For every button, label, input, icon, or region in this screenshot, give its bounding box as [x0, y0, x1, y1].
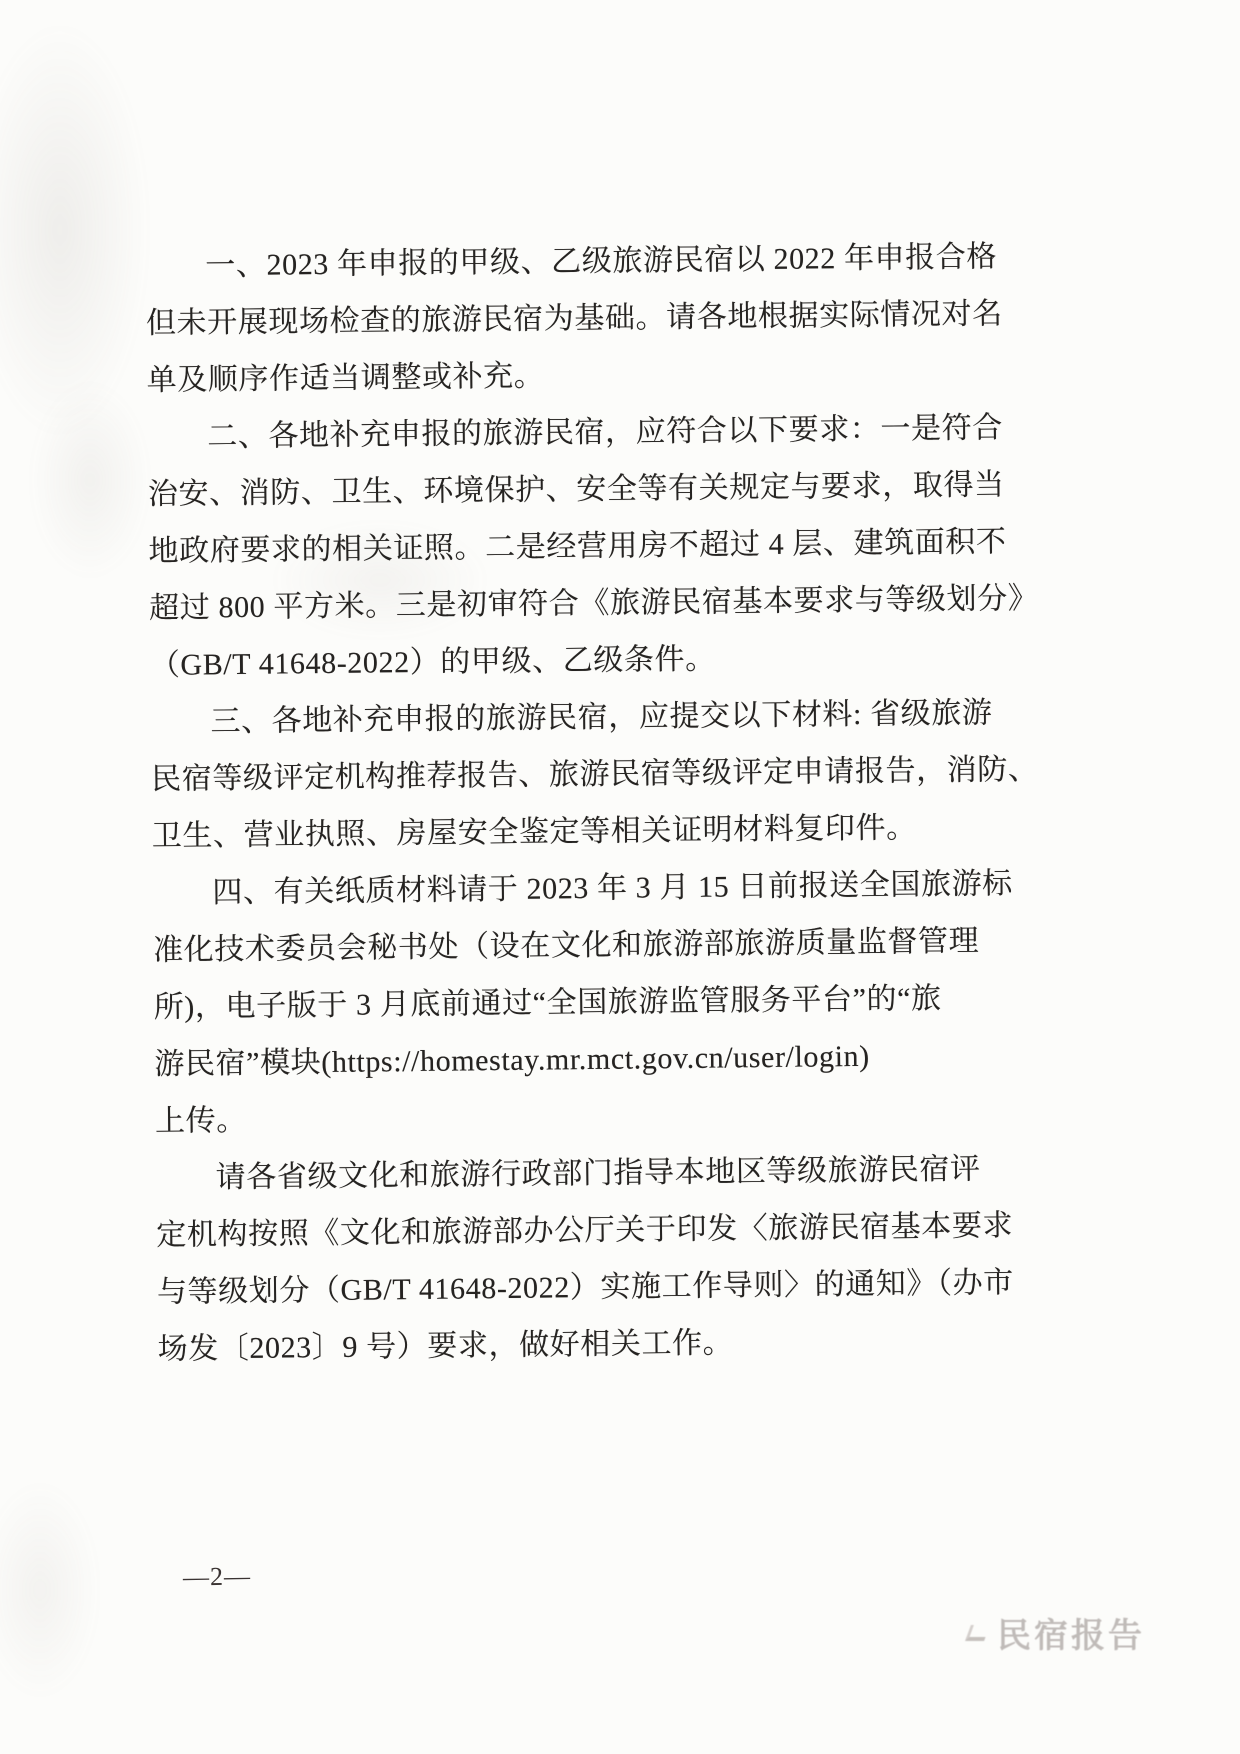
text-line: 所)，电子版于 3 月底前通过“全国旅游监管服务平台”的“旅	[153, 970, 954, 1036]
scan-artifact	[0, 1480, 100, 1700]
document-body: 一、2023 年申报的甲级、乙级旅游民宿以 2022 年申报合格但未开展现场检查…	[145, 229, 958, 1378]
text-line: 但未开展现场检查的旅游民宿为基础。请各地根据实际情况对名	[146, 286, 947, 352]
text-line: 地政府要求的相关证照。二是经营用房不超过 4 层、建筑面积不	[148, 514, 949, 580]
watermark-text: 民宿报告	[997, 1608, 1145, 1657]
text-line: 民宿等级评定机构推荐报告、旅游民宿等级评定申请报告，消防、	[151, 742, 952, 808]
page-number: —2—	[183, 1561, 252, 1592]
text-line: 准化技术委员会秘书处（设在文化和旅游部旅游质量监督管理	[153, 913, 954, 979]
text-line: （GB/T 41648-2022）的甲级、乙级条件。	[150, 628, 951, 694]
text-line: 场发〔2023〕9 号）要求，做好相关工作。	[157, 1312, 958, 1378]
text-line: 一、2023 年申报的甲级、乙级旅游民宿以 2022 年申报合格	[145, 229, 946, 295]
text-line: 三、各地补充申报的旅游民宿，应提交以下材料: 省级旅游	[150, 685, 951, 751]
scan-artifact	[0, 20, 150, 440]
text-line: 超过 800 平方米。三是初审符合《旅游民宿基本要求与等级划分》	[149, 571, 950, 637]
text-line: 二、各地补充申报的旅游民宿，应符合以下要求：一是符合	[147, 400, 948, 466]
text-line: 与等级划分（GB/T 41648-2022）实施工作导则〉的通知》（办市	[157, 1255, 958, 1321]
watermark-logo-icon	[965, 1625, 990, 1641]
text-line: 四、有关纸质材料请于 2023 年 3 月 15 日前报送全国旅游标	[152, 856, 953, 922]
text-line: 游民宿”模块(https://homestay.mr.mct.gov.cn/us…	[154, 1027, 955, 1093]
text-line: 单及顺序作适当调整或补充。	[146, 343, 947, 409]
text-line: 定机构按照《文化和旅游部办公厅关于印发〈旅游民宿基本要求	[156, 1198, 957, 1264]
text-line: 请各省级文化和旅游行政部门指导本地区等级旅游民宿评	[155, 1141, 956, 1207]
text-line: 治安、消防、卫生、环境保护、安全等有关规定与要求，取得当	[148, 457, 949, 523]
text-line: 卫生、营业执照、房屋安全鉴定等相关证明材料复印件。	[151, 799, 952, 865]
scan-artifact	[30, 380, 150, 580]
watermark: 民宿报告	[968, 1608, 1145, 1657]
document-page: 一、2023 年申报的甲级、乙级旅游民宿以 2022 年申报合格但未开展现场检查…	[0, 0, 1240, 1754]
text-line: 上传。	[155, 1084, 956, 1150]
